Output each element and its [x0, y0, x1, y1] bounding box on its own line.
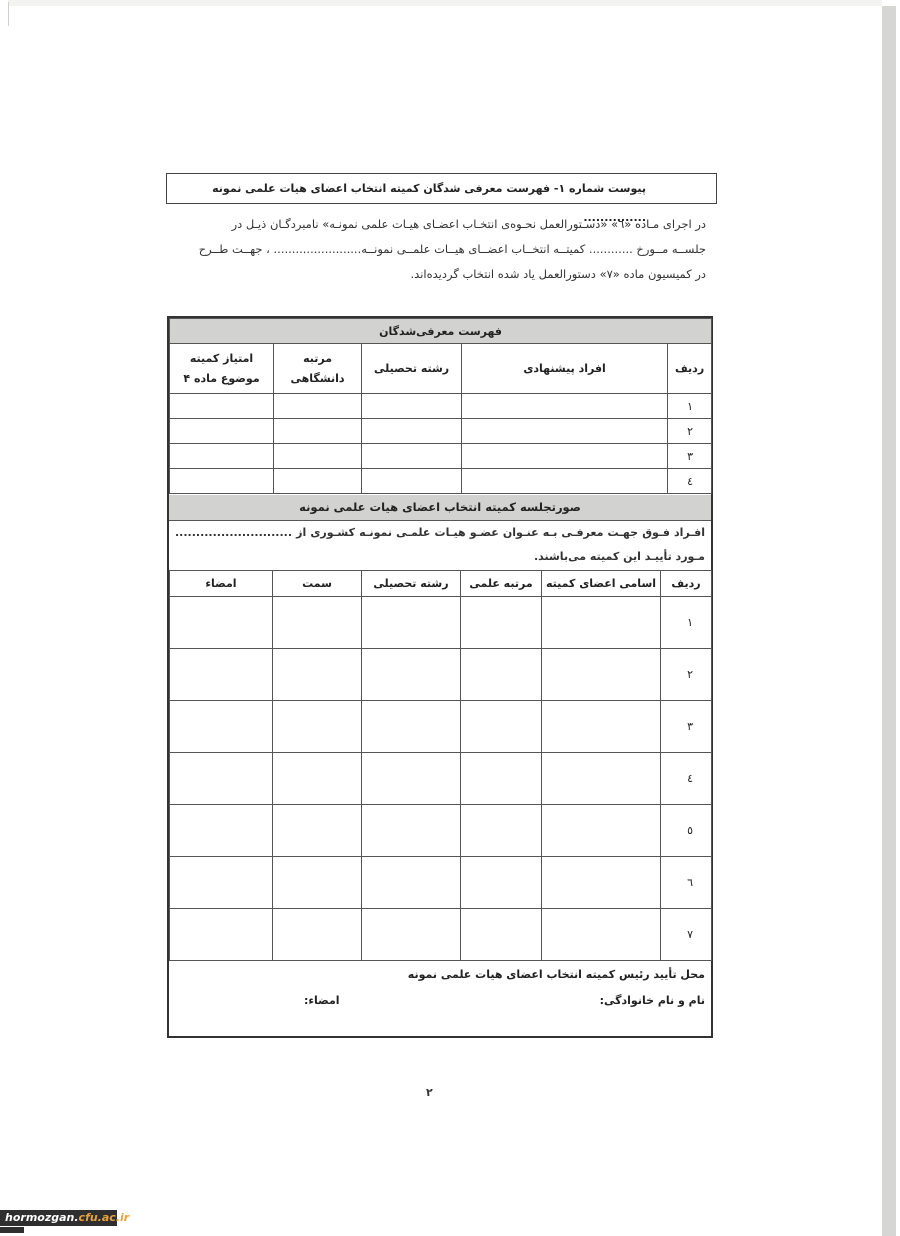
row-number: ٤: [661, 753, 712, 805]
col-header-rank-line1: مرتبه: [274, 349, 361, 369]
attachment-title-box: پیوست شماره ۱- فهرست معرفی شدگان کمیته ا…: [166, 173, 717, 204]
cell-position[interactable]: [273, 805, 362, 857]
col-header-score-line1: امتیاز کمیته: [170, 349, 273, 369]
cell-member[interactable]: [542, 597, 661, 649]
row-number: ٢: [668, 419, 712, 444]
committee-minutes-section: صورتجلسه کمیته انتخاب اعضای هیات علمی نم…: [169, 495, 711, 570]
cell-member[interactable]: [542, 805, 661, 857]
page-number: ٢: [426, 1086, 433, 1099]
cell-member[interactable]: [542, 701, 661, 753]
table-row: ١: [170, 394, 712, 419]
row-number: ٧: [661, 909, 712, 961]
row-number: ٦: [661, 857, 712, 909]
cell-field[interactable]: [362, 805, 461, 857]
cell-member[interactable]: [542, 909, 661, 961]
table-row: ٥: [170, 805, 712, 857]
cell-rank[interactable]: [274, 419, 362, 444]
row-number: ٥: [661, 805, 712, 857]
cell-field[interactable]: [362, 419, 462, 444]
cell-signature[interactable]: [170, 753, 273, 805]
cell-member[interactable]: [542, 857, 661, 909]
cell-signature[interactable]: [170, 857, 273, 909]
col-header-rank: مرتبه دانشگاهی: [274, 344, 362, 394]
cell-position[interactable]: [273, 649, 362, 701]
cell-field[interactable]: [362, 597, 461, 649]
table-row: ٦: [170, 857, 712, 909]
cell-signature[interactable]: [170, 701, 273, 753]
cell-field[interactable]: [362, 909, 461, 961]
watermark-domain: cfu.ac.ir: [79, 1211, 130, 1224]
table-row: ٤: [170, 469, 712, 494]
col-header-score-line2: موضوع ماده ۴: [170, 369, 273, 389]
cell-field[interactable]: [362, 444, 462, 469]
col-header-row: ردیف: [668, 344, 712, 394]
chair-approval-label: محل تأیید رئیس کمیته انتخاب اعضای هیات ع…: [408, 968, 705, 981]
table-row: ٣: [170, 444, 712, 469]
col-header-members: اسامی اعضای کمیته: [542, 571, 661, 597]
cell-score[interactable]: [170, 469, 274, 494]
col-header-row: ردیف: [661, 571, 712, 597]
cell-position[interactable]: [273, 857, 362, 909]
col-header-rank-line2: دانشگاهی: [274, 369, 361, 389]
intro-line-2: جلســه مــورخ ............ کمیتــه انتخـ…: [166, 237, 706, 262]
cell-field[interactable]: [362, 857, 461, 909]
col-header-people: افراد پیشنهادی: [462, 344, 668, 394]
intro-line-1: در اجرای مـاده «٦» «دسـتورالعمل نحـوه‌ی …: [166, 212, 706, 237]
cell-signature[interactable]: [170, 649, 273, 701]
cell-academic-rank[interactable]: [461, 701, 542, 753]
row-number: ٣: [661, 701, 712, 753]
row-number: ١: [668, 394, 712, 419]
cell-rank[interactable]: [274, 444, 362, 469]
cell-people[interactable]: [462, 444, 668, 469]
table-row: ٢: [170, 649, 712, 701]
name-field-label: نام و نام خانوادگی:: [600, 994, 705, 1007]
cell-score[interactable]: [170, 444, 274, 469]
table-row: ١: [170, 597, 712, 649]
col-header-signature: امضاء: [170, 571, 273, 597]
cell-academic-rank[interactable]: [461, 805, 542, 857]
row-number: ٤: [668, 469, 712, 494]
row-number: ٢: [661, 649, 712, 701]
cell-field[interactable]: [362, 753, 461, 805]
cell-academic-rank[interactable]: [461, 909, 542, 961]
cell-position[interactable]: [273, 597, 362, 649]
cell-position[interactable]: [273, 701, 362, 753]
col-header-position: سمت: [273, 571, 362, 597]
cell-field[interactable]: [362, 701, 461, 753]
table-row: ٢: [170, 419, 712, 444]
cell-field[interactable]: [362, 469, 462, 494]
form-table: فهرست معرفی‌شدگان ردیف افراد پیشنهادی رش…: [167, 316, 713, 1038]
table-row: ٤: [170, 753, 712, 805]
intro-line-3: در کمیسیون ماده «٧» دستورالعمل یاد شده ا…: [166, 262, 706, 287]
cell-field[interactable]: [362, 394, 462, 419]
committee-members-table: ردیف اسامی اعضای کمیته مرتبه علمی رشته ت…: [169, 570, 712, 961]
cell-field[interactable]: [362, 649, 461, 701]
col-header-score: امتیاز کمیته موضوع ماده ۴: [170, 344, 274, 394]
cell-academic-rank[interactable]: [461, 649, 542, 701]
scan-left-line: [8, 2, 9, 26]
cell-academic-rank[interactable]: [461, 857, 542, 909]
intro-paragraph: در اجرای مـاده «٦» «دسـتورالعمل نحـوه‌ی …: [166, 212, 706, 287]
cell-member[interactable]: [542, 753, 661, 805]
cell-member[interactable]: [542, 649, 661, 701]
cell-signature[interactable]: [170, 909, 273, 961]
cell-rank[interactable]: [274, 469, 362, 494]
scan-top-edge: [8, 0, 882, 6]
committee-minutes-title: صورتجلسه کمیته انتخاب اعضای هیات علمی نم…: [169, 495, 711, 521]
cell-score[interactable]: [170, 394, 274, 419]
col-header-academic-rank: مرتبه علمی: [461, 571, 542, 597]
cell-position[interactable]: [273, 753, 362, 805]
site-watermark: hormozgan.cfu.ac.ir: [0, 1210, 117, 1226]
col-header-field: رشته تحصیلی: [362, 571, 461, 597]
scan-edge-strip: [882, 6, 896, 1236]
cell-signature[interactable]: [170, 805, 273, 857]
row-number: ١: [661, 597, 712, 649]
nominees-table: فهرست معرفی‌شدگان ردیف افراد پیشنهادی رش…: [169, 318, 712, 494]
table-row: ٣: [170, 701, 712, 753]
cell-people[interactable]: [462, 394, 668, 419]
col-header-field: رشته تحصیلی: [362, 344, 462, 394]
watermark-prefix: hormozgan.: [5, 1211, 79, 1224]
table-row: ٧: [170, 909, 712, 961]
cell-people[interactable]: [462, 469, 668, 494]
cell-score[interactable]: [170, 419, 274, 444]
committee-approval-paragraph: افـراد فـوق جهـت معرفـی بـه عنـوان عضـو …: [169, 521, 711, 570]
nominees-table-title: فهرست معرفی‌شدگان: [170, 319, 712, 344]
signature-field-label: امضاء:: [304, 994, 340, 1007]
cell-people[interactable]: [462, 419, 668, 444]
cell-position[interactable]: [273, 909, 362, 961]
watermark-sub-logo: [0, 1227, 24, 1233]
cell-academic-rank[interactable]: [461, 597, 542, 649]
chair-approval-footer: محل تأیید رئیس کمیته انتخاب اعضای هیات ع…: [169, 964, 711, 1036]
row-number: ٣: [668, 444, 712, 469]
cell-rank[interactable]: [274, 394, 362, 419]
cell-academic-rank[interactable]: [461, 753, 542, 805]
cell-signature[interactable]: [170, 597, 273, 649]
